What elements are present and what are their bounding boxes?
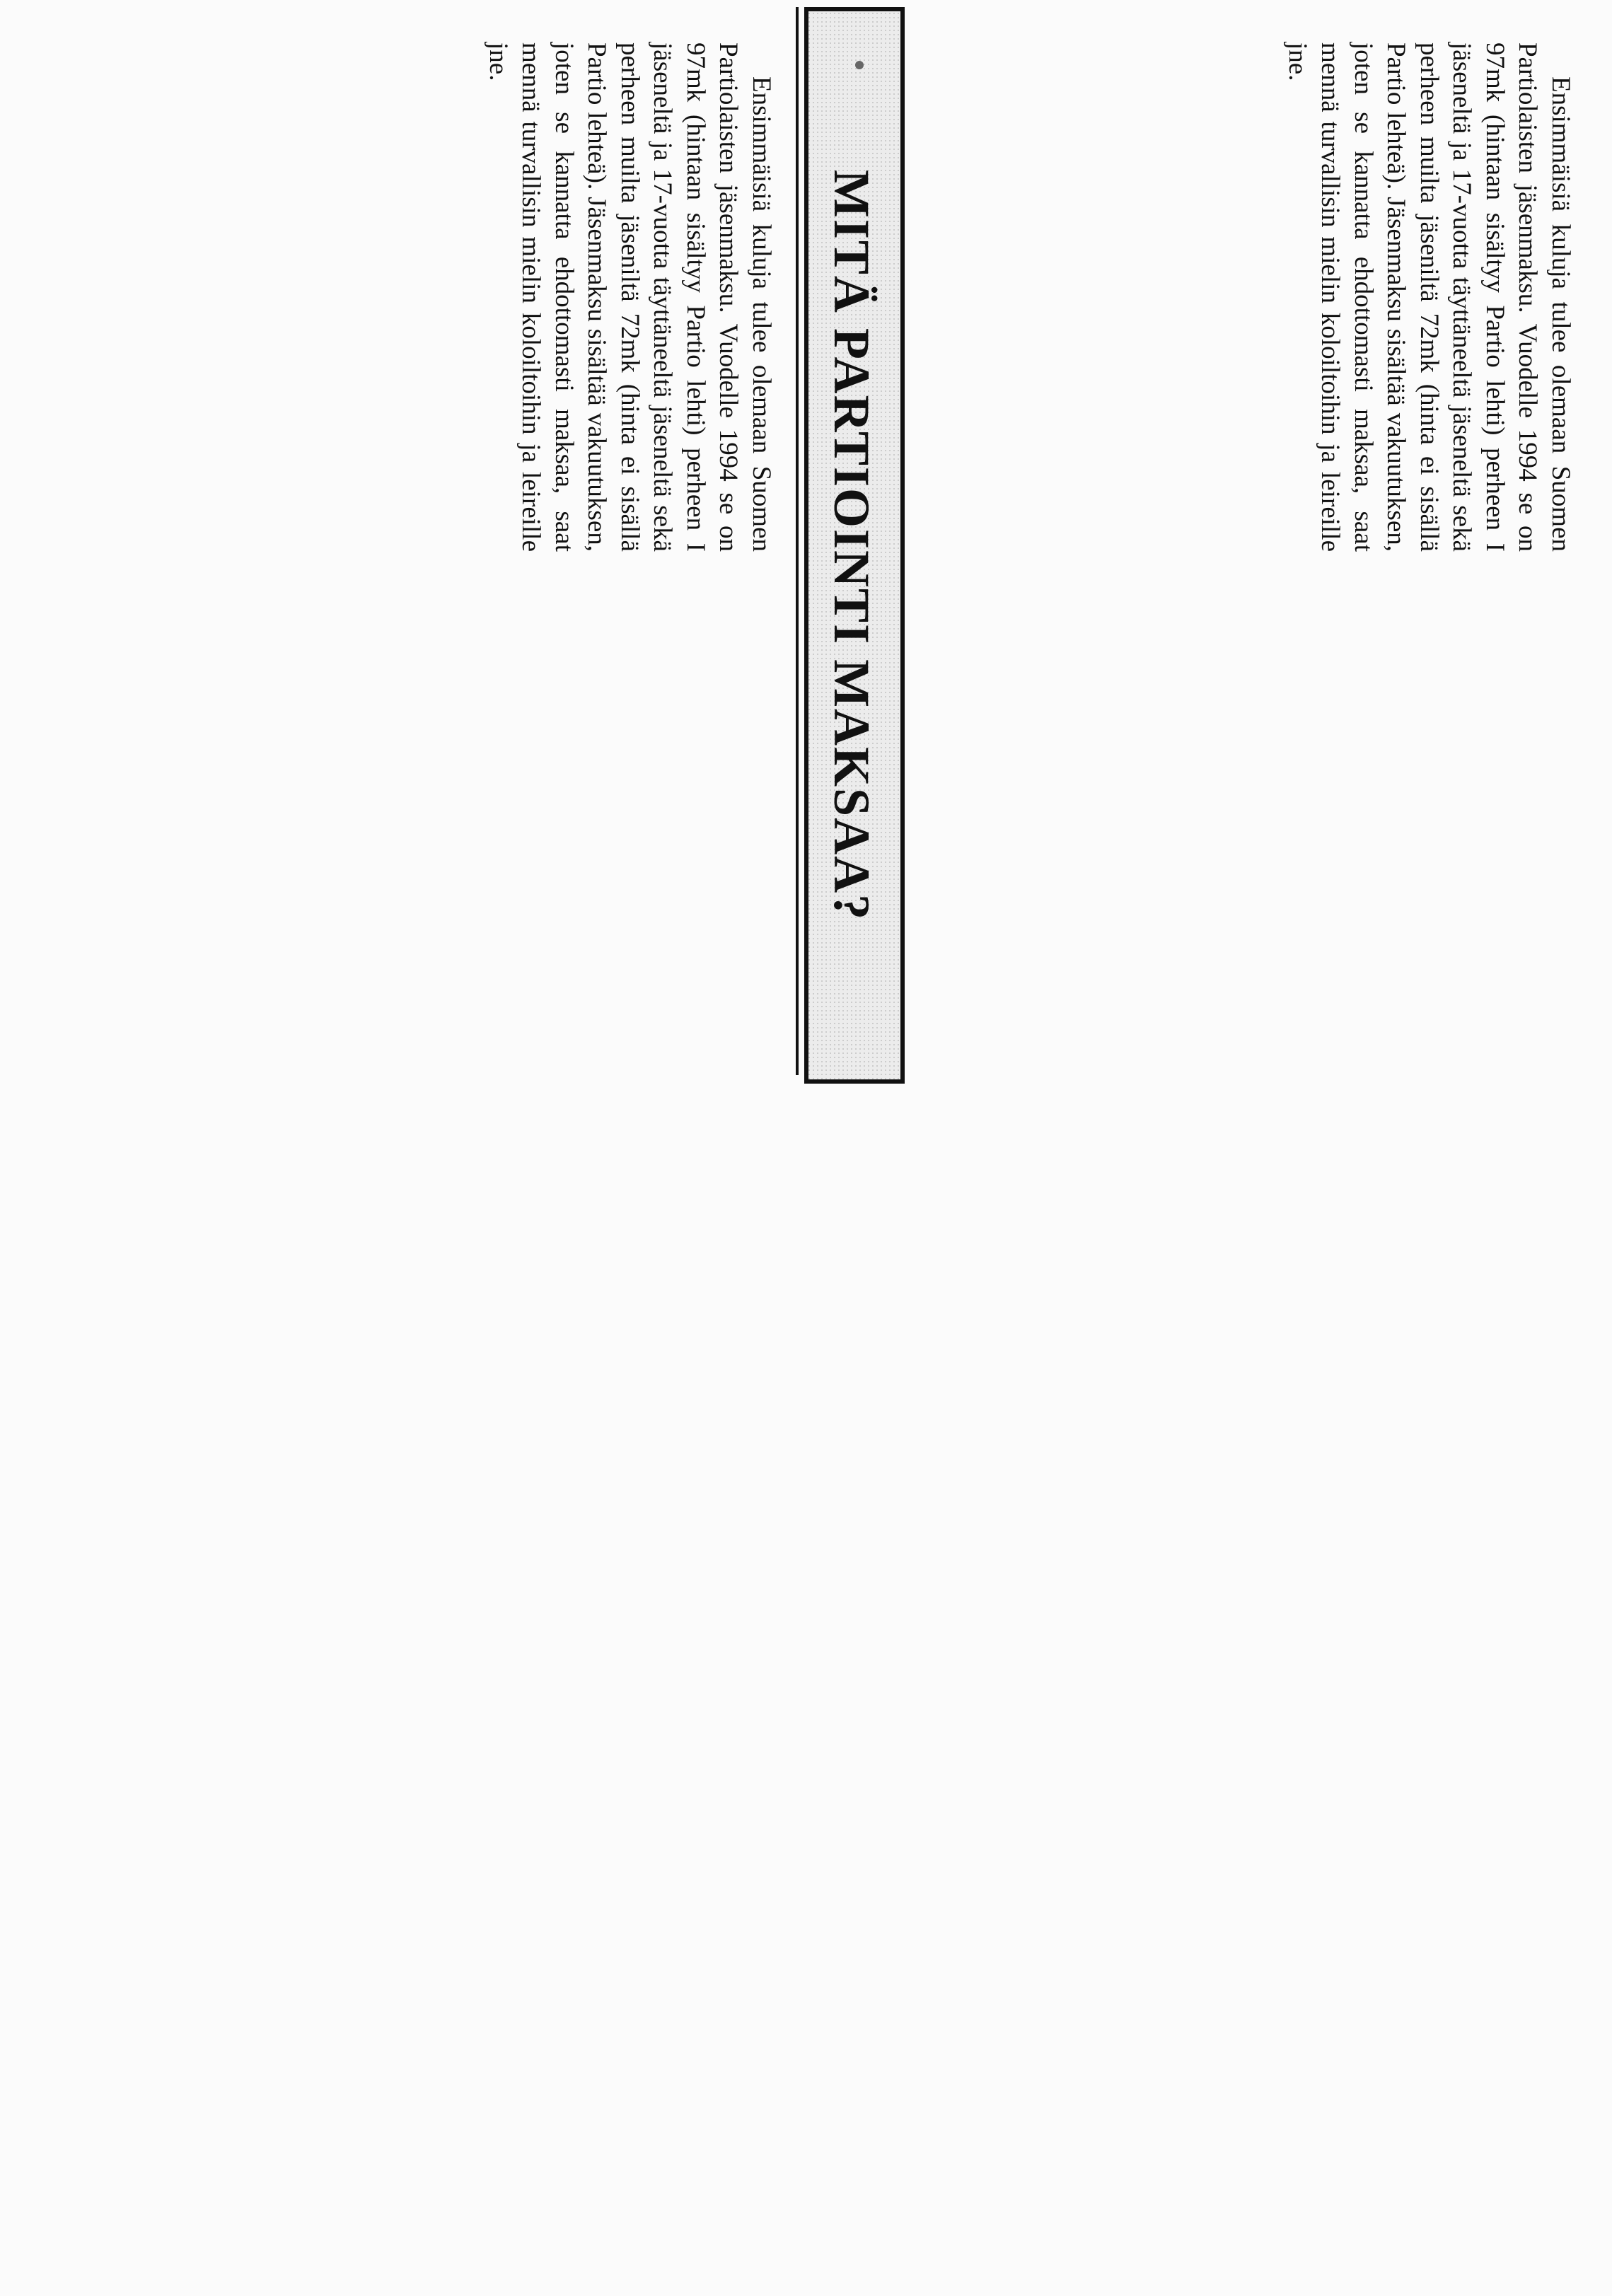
banner-box: MITÄ PARTIOINTI MAKSAA? xyxy=(804,7,905,1084)
banner-title: MITÄ PARTIOINTI MAKSAA? xyxy=(822,11,881,1079)
page4-bottom-left-column: Ensimmäisiä kuluja tulee olemaan Suomen … xyxy=(482,42,778,552)
page4-left-column: Ensimmäisiä kuluja tulee olemaan Suomen … xyxy=(1281,42,1577,552)
paragraph: Ensimmäisiä kuluja tulee olemaan Suomen … xyxy=(1281,42,1577,552)
paragraph: Ensimmäisiä kuluja tulee olemaan Suomen … xyxy=(482,42,778,552)
page-4: Ensimmäisiä kuluja tulee olemaan Suomen … xyxy=(0,0,1612,1125)
divider xyxy=(796,7,799,1075)
bullet-dot xyxy=(855,61,864,69)
magazine-spread: Ensimmäisiä kuluja tulee olemaan Suomen … xyxy=(0,0,1612,2296)
